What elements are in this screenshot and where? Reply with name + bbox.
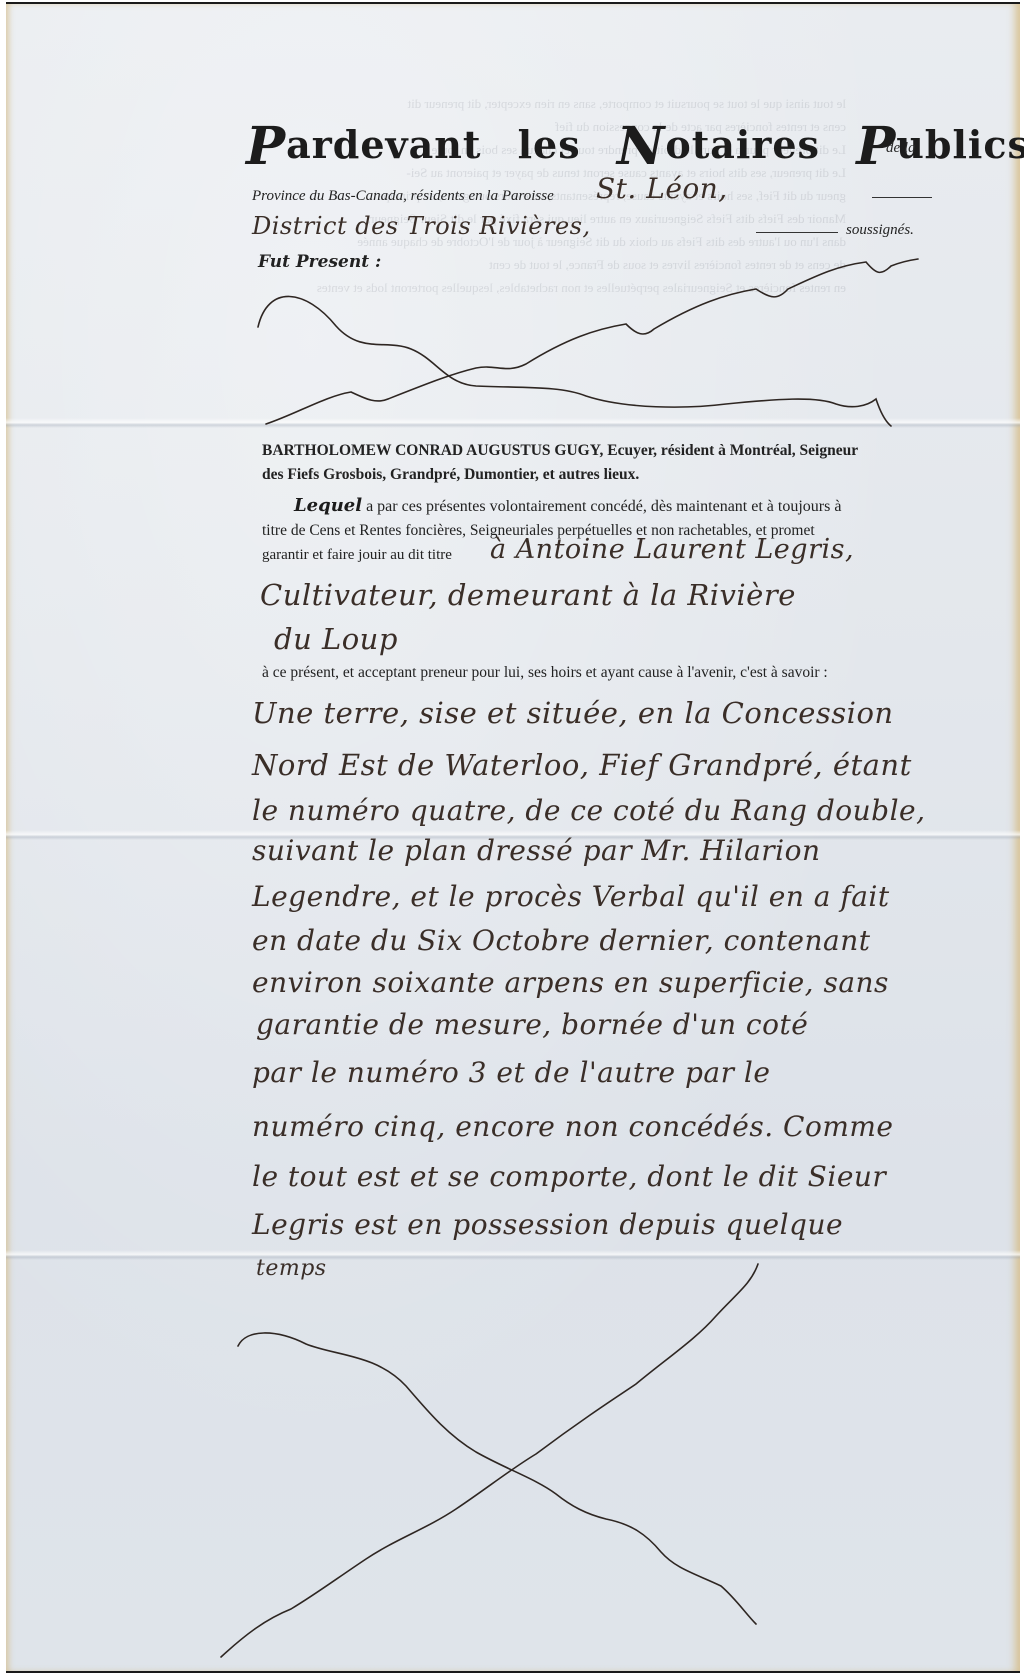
document-page: le tout ainsi que le tout se poursuit et… xyxy=(6,2,1020,1673)
strike-x-line-2 xyxy=(221,1264,758,1657)
strikeout-marks xyxy=(6,4,1020,1671)
strike-line-top-1 xyxy=(258,296,891,426)
strike-x-line-1 xyxy=(238,1333,756,1624)
strike-line-top-2 xyxy=(266,259,918,424)
